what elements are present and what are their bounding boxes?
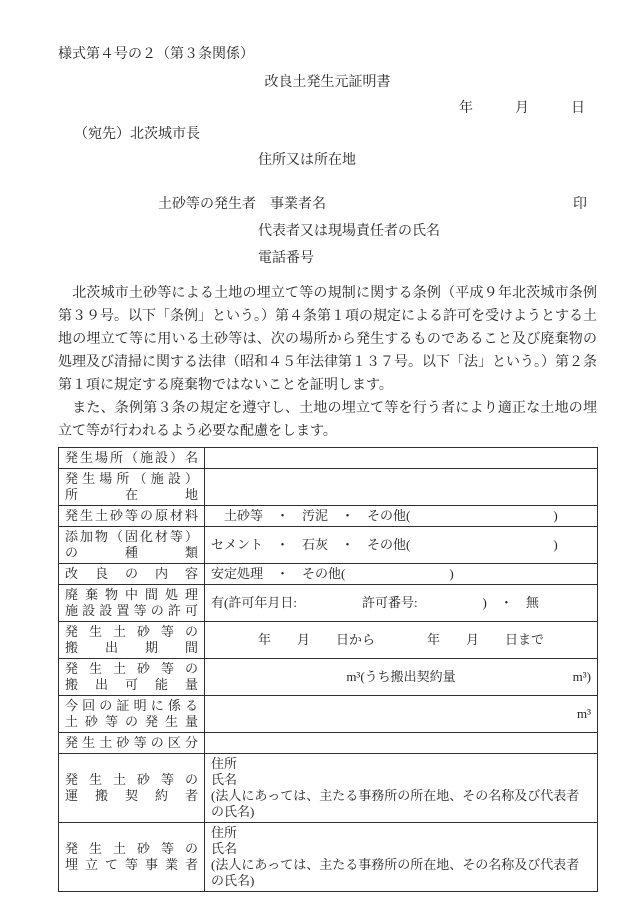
row-label: 発生場所（施設） 所在地 (59, 469, 205, 506)
row-value: m³ (205, 696, 598, 733)
row-label: 発生場所（施設）名 (59, 448, 205, 469)
row-value: 有(許可年月日: 許可番号: ) ・ 無 (205, 585, 598, 622)
table-row-place-name: 発生場所（施設）名 (59, 448, 598, 469)
document-table: 発生場所（施設）名 発生場所（施設） 所在地 発生土砂等の原材料 土砂等 ・ 汚… (58, 447, 598, 892)
row-label: 改良の内容 (59, 564, 205, 585)
row-label: 発生土砂等の 埋立て等事業者 (59, 823, 205, 892)
row-label: 発生土砂等の 搬出期間 (59, 622, 205, 659)
table-row-waste-facility-permit: 廃棄物中間処理 施設設置等の許可 有(許可年月日: 許可番号: ) ・ 無 (59, 585, 598, 622)
soil-generator-label: 土砂等の発生者 (158, 196, 256, 214)
row-label: 発生土砂等の区分 (59, 733, 205, 754)
representative-name-label: 代表者又は現場責任者の氏名 (258, 223, 597, 241)
table-row-soil-classification: 発生土砂等の区分 (59, 733, 598, 754)
row-value: 土砂等 ・ 汚泥 ・ その他( ) (205, 506, 598, 527)
row-label: 発生土砂等の 搬出可能量 (59, 659, 205, 696)
row-value: 住所 氏名 (法人にあっては、主たる事務所の所在地、その名称及び代表者の氏名) (205, 754, 598, 823)
table-row-landfill-operator: 発生土砂等の 埋立て等事業者 住所 氏名 (法人にあっては、主たる事務所の所在地… (59, 823, 598, 892)
row-label: 添加物（固化材等） の種類 (59, 527, 205, 564)
addressee: （宛先）北茨城市長 (74, 126, 597, 144)
table-row-transport-contractor: 発生土砂等の 運搬契約者 住所 氏名 (法人にあっては、主たる事務所の所在地、そ… (59, 754, 598, 823)
form-number: 様式第４号の２（第３条関係） (58, 46, 597, 64)
row-value (205, 448, 598, 469)
address-or-location-label: 住所又は所在地 (258, 152, 597, 170)
seal-mark: 印 (573, 196, 587, 214)
row-label: 発生土砂等の原材料 (59, 506, 205, 527)
row-value: セメント ・ 石灰 ・ その他( ) (205, 527, 598, 564)
row-value (205, 733, 598, 754)
table-row-carry-out-capacity: 発生土砂等の 搬出可能量 m³(うち搬出契約量 m³) (59, 659, 598, 696)
document-title: 改良土発生元証明書 (58, 74, 597, 92)
generator-line: 土砂等の発生者 事業者名 印 (158, 196, 597, 214)
table-row-place-address: 発生場所（施設） 所在地 (59, 469, 598, 506)
document-page: 様式第４号の２（第３条関係） 改良土発生元証明書 年 月 日 （宛先）北茨城市長… (0, 0, 630, 903)
table-row-improvement-detail: 改良の内容 安定処理 ・ その他( ) (59, 564, 598, 585)
row-label: 廃棄物中間処理 施設設置等の許可 (59, 585, 205, 622)
row-label: 今回の証明に係る 土砂等の発生量 (59, 696, 205, 733)
certification-paragraph: 北茨城市土砂等による土地の埋立て等の規制に関する条例（平成９年北茨城市条例第３９… (58, 282, 597, 397)
row-label: 発生土砂等の 運搬契約者 (59, 754, 205, 823)
row-value: 住所 氏名 (法人にあっては、主たる事務所の所在地、その名称及び代表者の氏名) (205, 823, 598, 892)
phone-number-label: 電話番号 (258, 250, 597, 268)
row-value: 安定処理 ・ その他( ) (205, 564, 598, 585)
business-name-label: 事業者名 (270, 196, 326, 214)
table-row-raw-material: 発生土砂等の原材料 土砂等 ・ 汚泥 ・ その他( ) (59, 506, 598, 527)
table-row-certified-amount: 今回の証明に係る 土砂等の発生量 m³ (59, 696, 598, 733)
table-row-carry-out-period: 発生土砂等の 搬出期間 年 月 日から 年 月 日まで (59, 622, 598, 659)
row-value: m³(うち搬出契約量 m³) (205, 659, 598, 696)
table-row-additive-type: 添加物（固化材等） の種類 セメント ・ 石灰 ・ その他( ) (59, 527, 598, 564)
compliance-paragraph: また、条例第３条の規定を遵守し、土地の埋立て等を行う者により適正な土地の埋立て等… (58, 397, 597, 443)
row-value: 年 月 日から 年 月 日まで (205, 622, 598, 659)
row-value (205, 469, 598, 506)
date-line: 年 月 日 (58, 100, 597, 118)
